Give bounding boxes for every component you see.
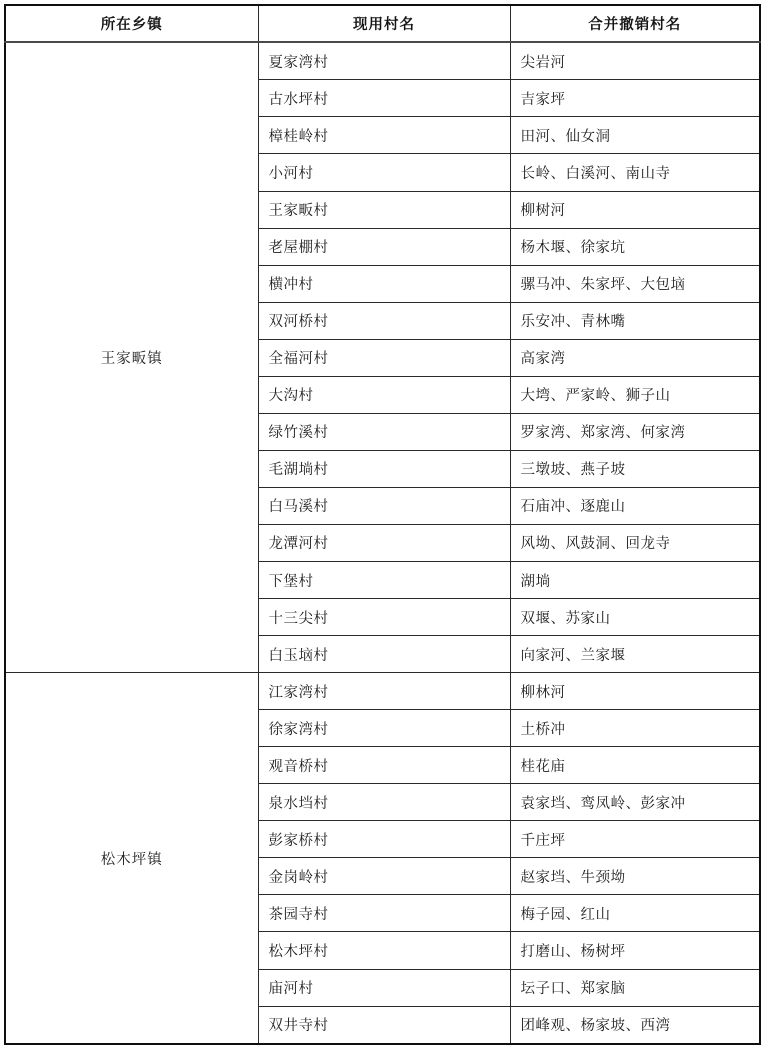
merged-villages-cell: 土桥冲: [510, 710, 760, 747]
current-village-cell: 徐家湾村: [258, 710, 510, 747]
merged-villages-cell: 坛子口、郑家脑: [510, 969, 760, 1006]
merged-villages-cell: 尖岩河: [510, 42, 760, 80]
merged-villages-cell: 风坳、风鼓洞、回龙寺: [510, 524, 760, 561]
document-page: 所在乡镇 现用村名 合并撤销村名 王家畈镇夏家湾村尖岩河古水坪村吉家坪樟桂岭村田…: [0, 0, 767, 1051]
current-village-cell: 下堡村: [258, 562, 510, 599]
merged-villages-cell: 袁家垱、鸾凤岭、彭家冲: [510, 784, 760, 821]
merged-villages-cell: 柳林河: [510, 673, 760, 710]
current-village-cell: 白玉垴村: [258, 636, 510, 673]
header-row: 所在乡镇 现用村名 合并撤销村名: [5, 5, 760, 42]
village-merge-table: 所在乡镇 现用村名 合并撤销村名 王家畈镇夏家湾村尖岩河古水坪村吉家坪樟桂岭村田…: [4, 4, 761, 1045]
current-village-cell: 十三尖村: [258, 599, 510, 636]
current-village-cell: 小河村: [258, 154, 510, 191]
merged-villages-cell: 团峰观、杨家坡、西湾: [510, 1006, 760, 1044]
col-header-merged-villages: 合并撤销村名: [510, 5, 760, 42]
merged-villages-cell: 骡马冲、朱家坪、大包垴: [510, 265, 760, 302]
merged-villages-cell: 打磨山、杨树坪: [510, 932, 760, 969]
merged-villages-cell: 杨木堰、徐家坑: [510, 228, 760, 265]
merged-villages-cell: 赵家垱、牛颈坳: [510, 858, 760, 895]
table-header: 所在乡镇 现用村名 合并撤销村名: [5, 5, 760, 42]
current-village-cell: 大沟村: [258, 376, 510, 413]
current-village-cell: 白马溪村: [258, 487, 510, 524]
merged-villages-cell: 湖埫: [510, 562, 760, 599]
merged-villages-cell: 长岭、白溪河、南山寺: [510, 154, 760, 191]
current-village-cell: 松木坪村: [258, 932, 510, 969]
merged-villages-cell: 千庄坪: [510, 821, 760, 858]
current-village-cell: 樟桂岭村: [258, 117, 510, 154]
current-village-cell: 金岗岭村: [258, 858, 510, 895]
current-village-cell: 横冲村: [258, 265, 510, 302]
col-header-township: 所在乡镇: [5, 5, 258, 42]
merged-villages-cell: 大塆、严家岭、狮子山: [510, 376, 760, 413]
township-cell: 松木坪镇: [5, 673, 258, 1044]
merged-villages-cell: 吉家坪: [510, 80, 760, 117]
current-village-cell: 双河桥村: [258, 302, 510, 339]
current-village-cell: 夏家湾村: [258, 42, 510, 80]
merged-villages-cell: 向家河、兰家堰: [510, 636, 760, 673]
current-village-cell: 王家畈村: [258, 191, 510, 228]
current-village-cell: 双井寺村: [258, 1006, 510, 1044]
table-body: 王家畈镇夏家湾村尖岩河古水坪村吉家坪樟桂岭村田河、仙女洞小河村长岭、白溪河、南山…: [5, 42, 760, 1044]
current-village-cell: 江家湾村: [258, 673, 510, 710]
current-village-cell: 绿竹溪村: [258, 413, 510, 450]
merged-villages-cell: 双堰、苏家山: [510, 599, 760, 636]
merged-villages-cell: 桂花庙: [510, 747, 760, 784]
merged-villages-cell: 柳树河: [510, 191, 760, 228]
current-village-cell: 庙河村: [258, 969, 510, 1006]
township-cell: 王家畈镇: [5, 42, 258, 673]
merged-villages-cell: 田河、仙女洞: [510, 117, 760, 154]
current-village-cell: 全福河村: [258, 339, 510, 376]
merged-villages-cell: 石庙冲、逐鹿山: [510, 487, 760, 524]
current-village-cell: 老屋棚村: [258, 228, 510, 265]
merged-villages-cell: 三墩坡、燕子坡: [510, 450, 760, 487]
current-village-cell: 毛湖埫村: [258, 450, 510, 487]
merged-villages-cell: 乐安冲、青林嘴: [510, 302, 760, 339]
current-village-cell: 龙潭河村: [258, 524, 510, 561]
current-village-cell: 彭家桥村: [258, 821, 510, 858]
current-village-cell: 茶园寺村: [258, 895, 510, 932]
merged-villages-cell: 罗家湾、郑家湾、何家湾: [510, 413, 760, 450]
merged-villages-cell: 梅子园、红山: [510, 895, 760, 932]
merged-villages-cell: 高家湾: [510, 339, 760, 376]
current-village-cell: 泉水垱村: [258, 784, 510, 821]
current-village-cell: 古水坪村: [258, 80, 510, 117]
current-village-cell: 观音桥村: [258, 747, 510, 784]
table-row: 松木坪镇江家湾村柳林河: [5, 673, 760, 710]
table-row: 王家畈镇夏家湾村尖岩河: [5, 42, 760, 80]
col-header-current-village: 现用村名: [258, 5, 510, 42]
